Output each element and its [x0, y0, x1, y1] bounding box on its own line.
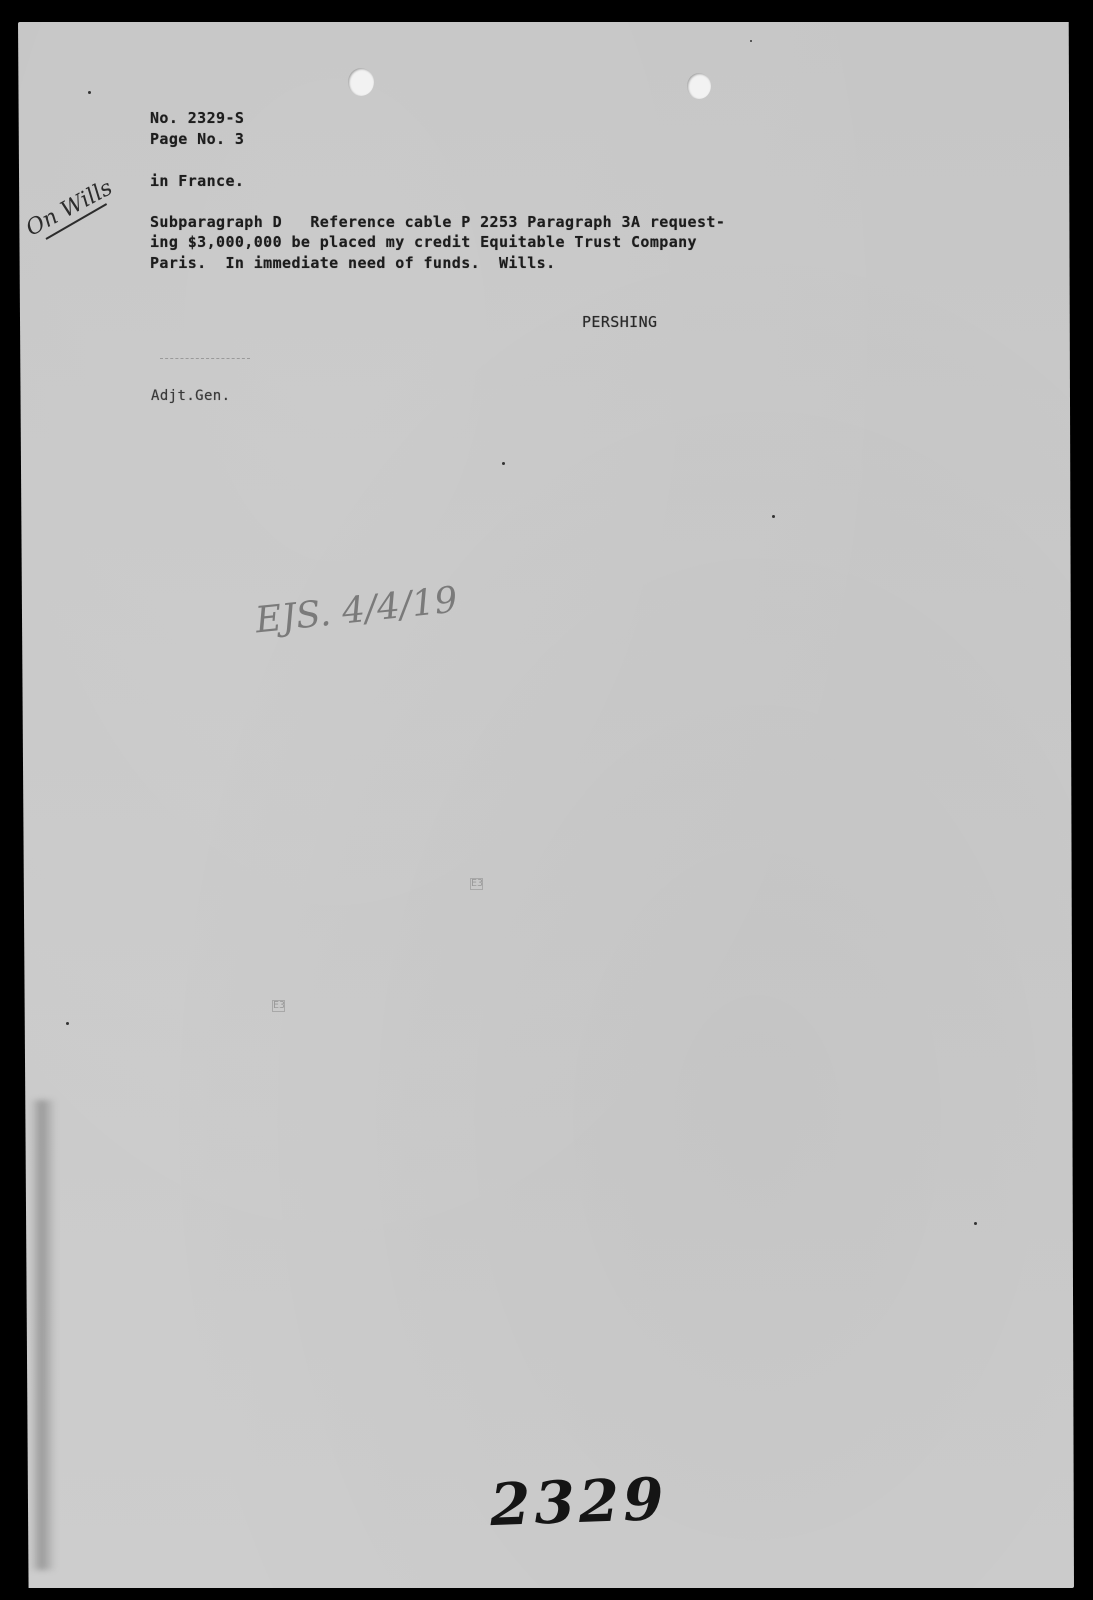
- stamp-mark-2: E3: [272, 1000, 285, 1012]
- continuation-text: in France.: [150, 171, 244, 192]
- paper-speck: [66, 1022, 69, 1025]
- file-number-annotation: 2329: [489, 1465, 669, 1539]
- paper-speck: [88, 91, 91, 94]
- punch-hole-left: [348, 68, 374, 96]
- punch-hole-right: [687, 73, 711, 99]
- cable-number: No. 2329-S: [150, 108, 244, 129]
- page-number: Page No. 3: [150, 129, 244, 150]
- paper-speck: [750, 40, 752, 42]
- faint-rule: [160, 358, 250, 360]
- routing-addressee: Adjt.Gen.: [151, 386, 230, 407]
- stamp-mark-1: E3: [470, 878, 483, 890]
- paper-speck: [772, 515, 775, 518]
- page-edge-shadow: [30, 1100, 56, 1570]
- body-line-1: Subparagraph D Reference cable P 2253 Pa…: [150, 212, 725, 233]
- body-line-3: Paris. In immediate need of funds. Wills…: [150, 253, 556, 274]
- signature: PERSHING: [582, 312, 657, 333]
- paper-speck: [974, 1222, 977, 1225]
- paper-speck: [502, 462, 505, 465]
- body-line-2: ing $3,000,000 be placed my credit Equit…: [150, 232, 697, 253]
